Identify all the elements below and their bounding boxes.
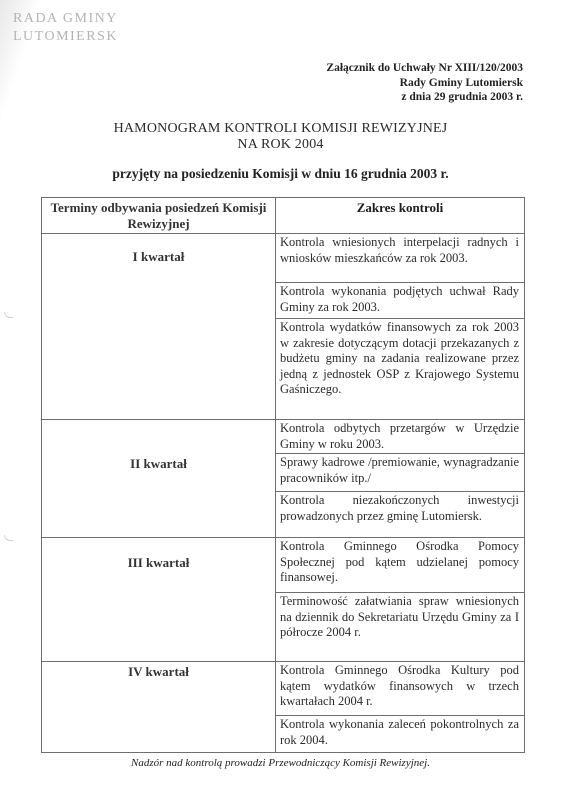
title-line-1: HAMONOGRAM KONTROLI KOMISJI REWIZYJNEJ: [0, 121, 561, 137]
scope-cell: Kontrola wykonania podjętych uchwał Rady…: [276, 283, 525, 319]
table-row: IV kwartał Kontrola Gminnego Ośrodka Kul…: [42, 662, 525, 716]
title-line-2: NA ROK 2004: [0, 137, 561, 153]
table-row: II kwartał Kontrola odbytych przetargów …: [42, 420, 525, 454]
document-title: HAMONOGRAM KONTROLI KOMISJI REWIZYJNEJ N…: [0, 121, 561, 153]
scan-margin-mark: [4, 535, 13, 541]
council-stamp: RADA GMINY LUTOMIERSK: [13, 10, 118, 46]
quarter-cell: II kwartał: [42, 420, 276, 538]
header-scope: Zakres kontroli: [276, 198, 525, 234]
quarter-cell: III kwartał: [42, 538, 276, 662]
attachment-line-2: Rady Gminy Lutomiersk: [326, 76, 523, 91]
stamp-line-1: RADA GMINY: [13, 10, 118, 28]
document-subtitle: przyjęty na posiedzeniu Komisji w dniu 1…: [0, 166, 561, 182]
table-row: III kwartał Kontrola Gminnego Ośrodka Po…: [42, 538, 525, 593]
stamp-line-2: LUTOMIERSK: [13, 28, 118, 46]
table-row: I kwartał Kontrola wniesionych interpela…: [42, 234, 525, 283]
scope-cell: Kontrola odbytych przetargów w Urzędzie …: [276, 420, 525, 454]
attachment-reference: Załącznik do Uchwały Nr XIII/120/2003 Ra…: [326, 61, 523, 105]
scope-cell: Kontrola niezakończonych inwestycji prow…: [276, 492, 525, 538]
scope-cell: Terminowość załatwiania spraw wniesionyc…: [276, 593, 525, 662]
scope-cell: Kontrola Gminnego Ośrodka Pomocy Społecz…: [276, 538, 525, 593]
scope-cell: Sprawy kadrowe /premiowanie, wynagradzan…: [276, 454, 525, 492]
table-header-row: Terminy odbywania posiedzeń Komisji Rewi…: [42, 198, 525, 234]
attachment-line-1: Załącznik do Uchwały Nr XIII/120/2003: [326, 61, 523, 76]
scan-margin-mark: [4, 312, 13, 318]
attachment-line-3: z dnia 29 grudnia 2003 r.: [326, 90, 523, 105]
scope-cell: Kontrola wykonania zaleceń pokontrolnych…: [276, 716, 525, 753]
header-terms: Terminy odbywania posiedzeń Komisji Rewi…: [42, 198, 276, 234]
scope-cell: Kontrola wniesionych interpelacji radnyc…: [276, 234, 525, 283]
quarter-cell: I kwartał: [42, 234, 276, 420]
scope-cell: Kontrola wydatków finansowych za rok 200…: [276, 319, 525, 420]
quarter-cell: IV kwartał: [42, 662, 276, 753]
schedule-table: Terminy odbywania posiedzeń Komisji Rewi…: [41, 197, 525, 753]
scope-cell: Kontrola Gminnego Ośrodka Kultury pod ką…: [276, 662, 525, 716]
supervision-note: Nadzór nad kontrolą prowadzi Przewodnicz…: [0, 757, 561, 769]
